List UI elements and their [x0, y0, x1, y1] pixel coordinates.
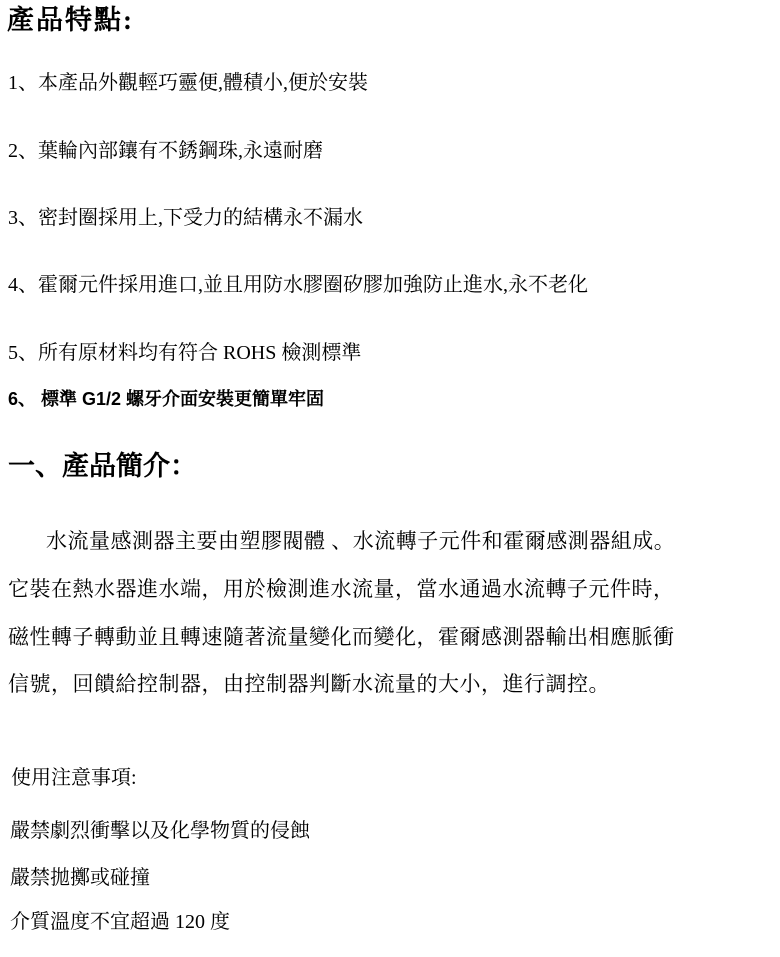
usage-heading: 使用注意事項: [11, 766, 137, 790]
feature-item-4: 4、霍爾元件採用進口,並且用防水膠圈矽膠加強防止進水,永不老化 [8, 273, 588, 297]
intro-heading: 一、產品簡介： [8, 450, 197, 482]
feature-item-2: 2、葉輪內部鑲有不銹鋼珠,永遠耐磨 [8, 139, 323, 163]
feature-item-5: 5、所有原材料均有符合 ROHS 檢測標準 [8, 341, 361, 365]
usage-note-1: 嚴禁劇烈衝擊以及化學物質的侵蝕 [10, 819, 310, 843]
features-title: 產品特點: [7, 4, 134, 36]
intro-paragraph-line-2: 它裝在熱水器進水端，用於檢測進水流量，當水通過水流轉子元件時， [8, 577, 675, 602]
feature-item-1: 1、本產品外觀輕巧靈便,體積小,便於安裝 [8, 71, 368, 95]
feature-item-6: 6、 標準 G1/2 螺牙介面安裝更簡單牢固 [8, 389, 324, 411]
intro-paragraph-line-4: 信號，回饋給控制器，由控制器判斷水流量的大小，進行調控。 [8, 672, 610, 697]
usage-note-2: 嚴禁拋擲或碰撞 [10, 866, 150, 890]
feature-item-3: 3、密封圈採用上,下受力的結構永不漏水 [8, 206, 363, 230]
intro-paragraph-line-3: 磁性轉子轉動並且轉速隨著流量變化而變化，霍爾感測器輸出相應脈衝 [8, 625, 675, 650]
usage-note-3: 介質溫度不宜超過 120 度 [10, 910, 230, 934]
document-page: 產品特點: 1、本產品外觀輕巧靈便,體積小,便於安裝 2、葉輪內部鑲有不銹鋼珠,… [0, 0, 780, 957]
intro-paragraph-line-1: 水流量感測器主要由塑膠閥體 、水流轉子元件和霍爾感測器組成。 [8, 529, 675, 554]
